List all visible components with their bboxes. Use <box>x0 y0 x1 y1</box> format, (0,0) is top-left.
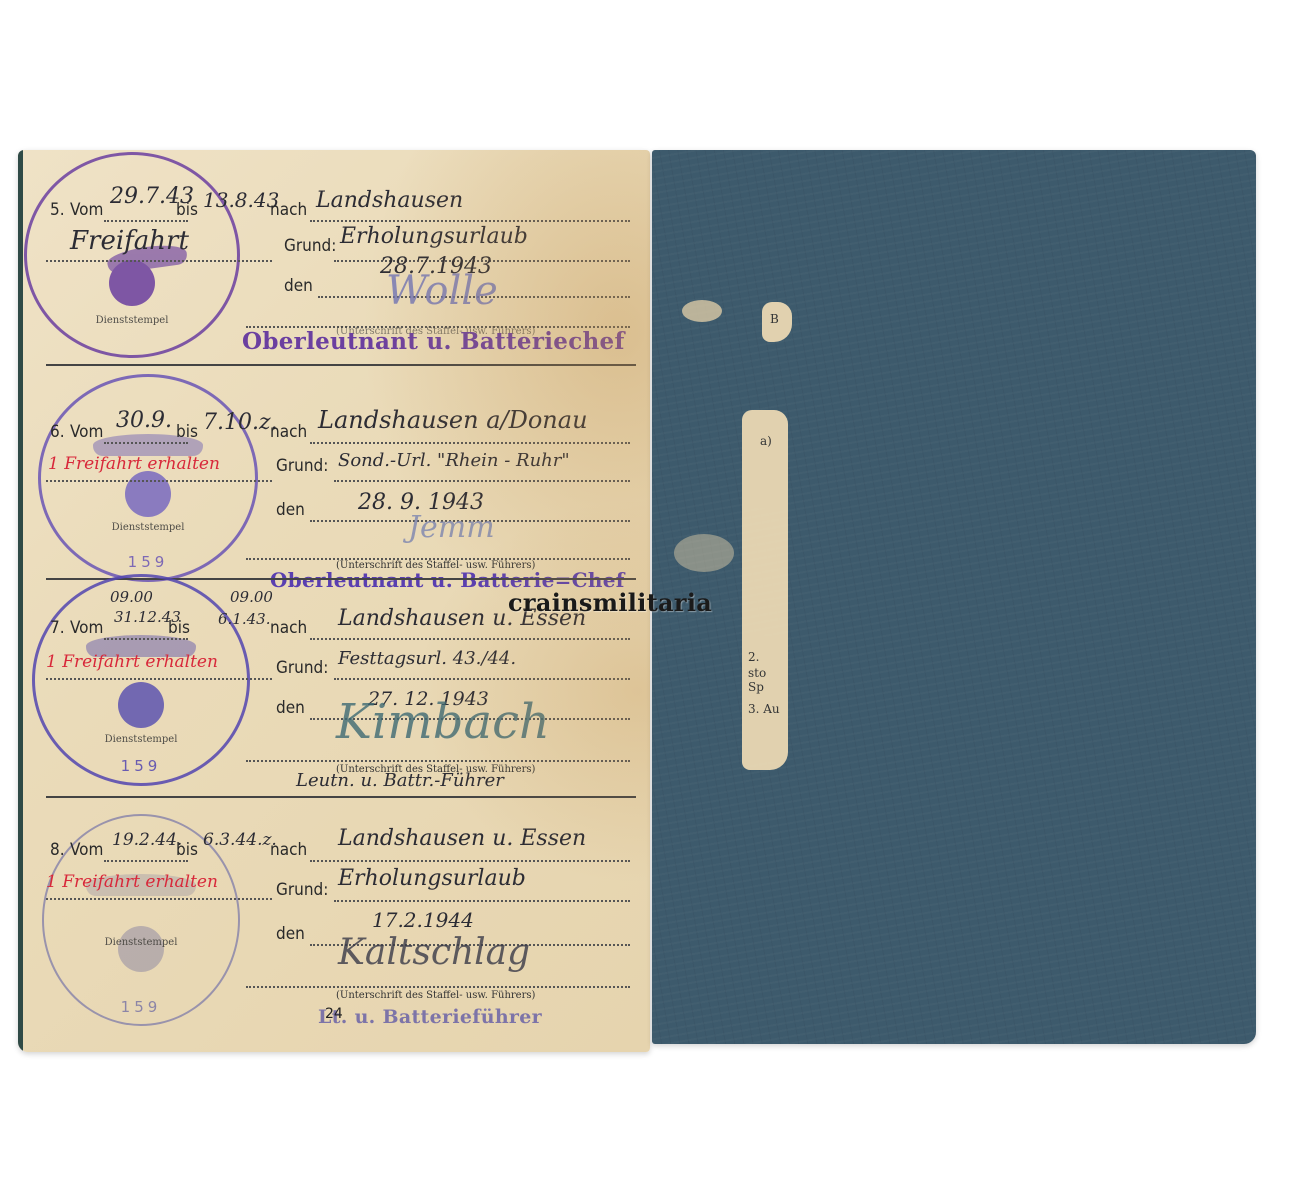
rank-signature: Leutn. u. Battr.-Führer <box>296 770 504 791</box>
from-label: Vom <box>70 840 103 860</box>
entry-6: Dienststempel 159 6. Vom 30.9. bis 7.10.… <box>18 370 650 580</box>
from-date: 30.9. <box>116 408 172 433</box>
reason-label: Grund: <box>276 456 328 476</box>
entry-number: 6. <box>50 422 65 442</box>
reason: Festtagsurl. 43./44. <box>338 648 516 669</box>
reason-label: Grund: <box>276 658 328 678</box>
reason: Erholungsurlaub <box>338 866 526 891</box>
torn-paper-strip: 2 a) 2. sto Sp 3. Au <box>742 410 788 770</box>
reason-label: Grund: <box>284 236 336 256</box>
seal-number: 159 <box>121 998 162 1016</box>
entry-divider <box>46 796 636 798</box>
from-label: Vom <box>70 618 103 638</box>
watermark: crainsmilitaria <box>508 588 712 617</box>
rank-stamp: Oberleutnant u. Batteriechef <box>242 328 625 355</box>
destination: Landshausen a/Donau <box>318 406 588 434</box>
seal-number: 159 <box>128 553 169 571</box>
free-travel-note: 1 Freifahrt erhalten <box>48 454 220 474</box>
from-label: Vom <box>70 422 103 442</box>
eagle-emblem-icon <box>125 471 171 517</box>
signature: Kaltschlag <box>338 932 530 973</box>
seal-label: Dienststempel <box>105 937 178 948</box>
free-travel-note: 1 Freifahrt erhalten <box>46 872 218 892</box>
destination-label: nach <box>270 200 307 220</box>
entry-number: 7. <box>50 618 65 638</box>
seal-label: Dienststempel <box>96 315 169 326</box>
signature-caption: (Unterschrift des Staffel- usw. Führers) <box>336 990 535 1001</box>
issue-date: 17.2.1944 <box>372 908 474 932</box>
to-label: bis <box>168 618 190 638</box>
to-label: bis <box>176 200 198 220</box>
date-label: den <box>276 924 305 944</box>
entry-5: Dienststempel 5. Vom 29.7.43 bis 13.8.43… <box>18 150 650 360</box>
date-label: den <box>284 276 313 296</box>
from-label: Vom <box>70 200 103 220</box>
free-travel-note: 1 Freifahrt erhalten <box>46 652 218 672</box>
right-cover: B 2 a) 2. sto Sp 3. Au <box>652 150 1256 1044</box>
seal-number: 159 <box>121 757 162 775</box>
reason-label: Grund: <box>276 880 328 900</box>
destination-label: nach <box>270 618 307 638</box>
page-number: 24 <box>325 1006 343 1022</box>
handwritten-note: Freifahrt <box>70 226 189 256</box>
signature: Wolle <box>386 268 498 314</box>
seal-stamp: Dienststempel 159 <box>38 374 258 582</box>
seal-label: Dienststempel <box>112 522 185 533</box>
to-date: 6.1.43. <box>218 610 270 628</box>
to-date: 6.3.44.z. <box>203 830 277 850</box>
date-label: den <box>276 500 305 520</box>
to-label: bis <box>176 422 198 442</box>
signature: Jemm <box>408 510 495 545</box>
eagle-emblem-icon <box>118 926 164 972</box>
reason: Sond.-Url. "Rhein - Ruhr" <box>338 450 570 471</box>
paper-residue <box>674 534 734 572</box>
to-time: 09.00 <box>230 588 273 606</box>
to-date: 7.10.z. <box>203 410 278 435</box>
eagle-emblem-icon <box>118 682 164 728</box>
torn-paper-fragment: B <box>762 302 792 342</box>
from-time: 09.00 <box>110 588 153 606</box>
destination-label: nach <box>270 840 307 860</box>
signature: Kimbach <box>336 694 550 750</box>
from-date: 19.2.44. <box>112 830 182 850</box>
eagle-emblem-icon <box>109 260 155 306</box>
destination: Landshausen <box>316 188 463 213</box>
date-label: den <box>276 698 305 718</box>
entry-number: 8. <box>50 840 65 860</box>
destination: Landshausen u. Essen <box>338 826 586 851</box>
rank-stamp: Lt. u. Batterieführer <box>318 1006 542 1028</box>
paper-residue <box>682 300 722 322</box>
entry-divider <box>46 364 636 366</box>
to-date: 13.8.43 <box>203 188 279 212</box>
seal-label: Dienststempel <box>105 734 178 745</box>
entry-number: 5. <box>50 200 65 220</box>
reason: Erholungsurlaub <box>340 224 528 249</box>
to-label: bis <box>176 840 198 860</box>
destination-label: nach <box>270 422 307 442</box>
